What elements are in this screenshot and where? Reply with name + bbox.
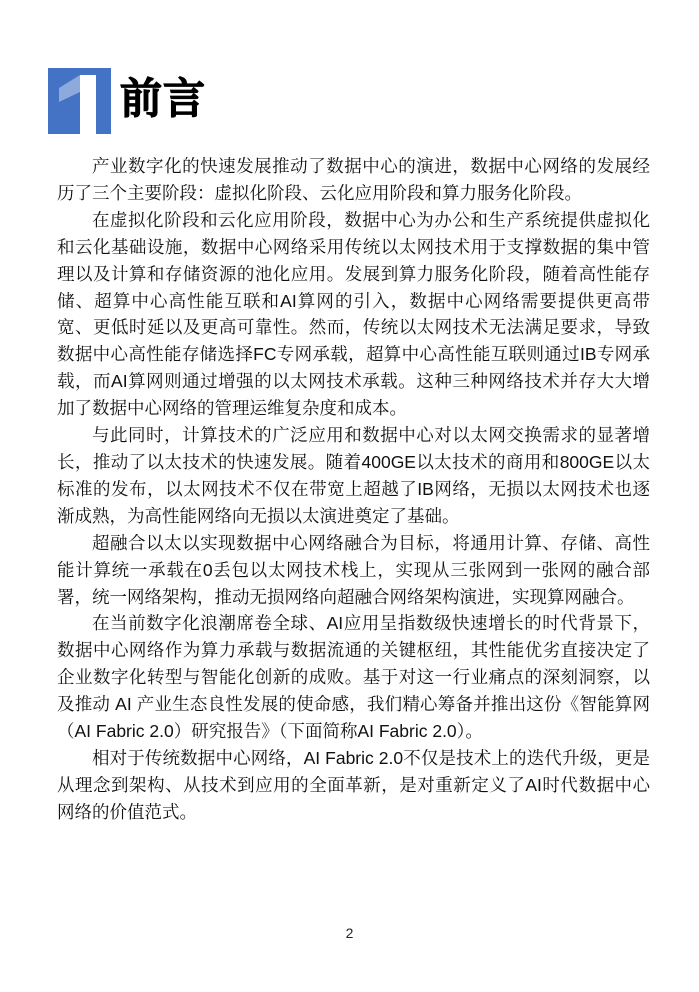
paragraph: 相对于传统数据中心网络，AI Fabric 2.0不仅是技术上的迭代升级，更是从… — [57, 745, 650, 826]
paragraph: 产业数字化的快速发展推动了数据中心的演进，数据中心网络的发展经历了三个主要阶段：… — [57, 153, 650, 207]
page-number: 2 — [0, 925, 699, 941]
paragraph: 与此同时，计算技术的广泛应用和数据中心对以太网交换需求的显著增长，推动了以太技术… — [57, 422, 650, 530]
chapter-number-graphic — [48, 68, 111, 134]
chapter-header: 前言 — [48, 68, 206, 134]
paragraph: 超融合以太以实现数据中心网络融合为目标，将通用计算、存储、高性能计算统一承载在0… — [57, 530, 650, 611]
paragraph: 在虚拟化阶段和云化应用阶段，数据中心为办公和生产系统提供虚拟化和云化基础设施，数… — [57, 207, 650, 422]
body-text: 产业数字化的快速发展推动了数据中心的演进，数据中心网络的发展经历了三个主要阶段：… — [57, 153, 650, 826]
chapter-title: 前言 — [120, 78, 206, 120]
document-page: 前言 产业数字化的快速发展推动了数据中心的演进，数据中心网络的发展经历了三个主要… — [0, 0, 699, 992]
paragraph: 在当前数字化浪潮席卷全球、AI应用呈指数级快速增长的时代背景下，数据中心网络作为… — [57, 610, 650, 745]
